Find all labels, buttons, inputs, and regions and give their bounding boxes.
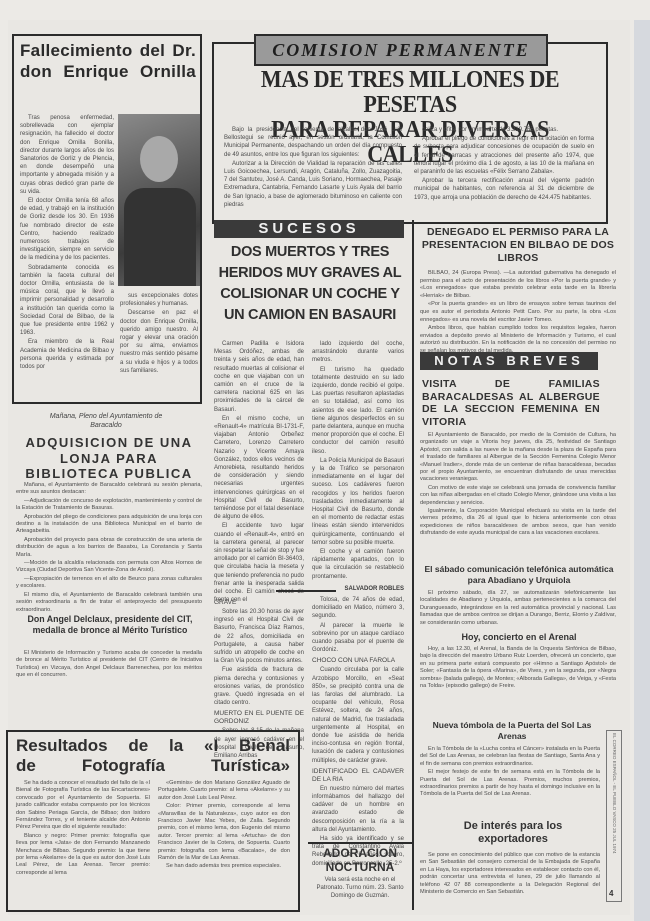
export-text: Se pone en conocimiento del público que … [420, 852, 600, 897]
comision-box: COMISION PERMANENTE MAS DE TRES MILLONES… [212, 42, 608, 224]
comision-col1: Bajo la presidencia del teniente de alca… [224, 126, 402, 210]
portrait-head [140, 136, 178, 182]
bienal-col1: Se ha dado a conocer el resultado del fa… [16, 780, 150, 878]
concierto-title: Hoy, concierto en el Arenal [422, 632, 616, 643]
sabado-title: El sábado comunicación telefónica automá… [422, 564, 616, 585]
obituary-box: Fallecimiento del Dr. don Enrique Ornill… [12, 34, 202, 404]
sucesos-title: DOS MUERTOS Y TRES HERIDOS MUY GRAVES AL… [214, 242, 406, 326]
adoracion-top-rule [308, 842, 412, 844]
portrait-suit [124, 188, 196, 286]
sucesos-divider [276, 590, 336, 592]
portrait-photo [118, 114, 200, 286]
denegado-text: BILBAO, 24 (Europa Press). —La autoridad… [420, 270, 616, 357]
byline: SALVADOR ROBLES [312, 585, 404, 593]
notas-band: NOTAS BREVES [420, 352, 598, 370]
sucesos-col1: Carmen Padilla e Isidora Mesas Ordóñez, … [214, 340, 304, 606]
column-rule-right [412, 220, 414, 910]
margin-imprint-box: EL CORREO ESPAÑOL - EL PUEBLO VASCO 25 J… [606, 730, 622, 902]
sucesos-col2: lado izquierdo del coche, arrastrándolo … [312, 340, 404, 593]
comision-band: COMISION PERMANENTE [254, 34, 548, 66]
scan-edge-strip [634, 20, 650, 921]
adoracion-box: ADORACION NOCTURNA Vela será esta noche … [310, 846, 410, 901]
export-title: De interés para los exportadores [438, 820, 588, 846]
bienal-box: Resultados de la «I Bienal de Fotografía… [6, 730, 300, 912]
sucesos-extra-col2: Tolosa, de 74 años de edad, domiciliado … [312, 596, 404, 869]
sucesos-band: SUCESOS [214, 220, 404, 238]
page-number: 4 [609, 889, 613, 898]
visita-title: VISITA DE FAMILIAS BARACALDESAS AL ALBER… [422, 378, 600, 428]
tombola-text: En la Tómbola de la «Lucha contra el Cán… [420, 746, 600, 800]
obituary-col2: sus excepcionales dotes profesionales y … [120, 292, 198, 376]
bienal-col2: «Geminis» de don Mariano González Aguado… [158, 780, 290, 872]
baracaldo-kicker: Mañana, Pleno del Ayuntamiento de Baraca… [36, 412, 176, 430]
delclaux-text: El Ministerio de Información y Turismo a… [16, 650, 202, 681]
visita-text: El Ayuntamiento de Baracaldo, por medio … [420, 432, 616, 539]
delclaux-title: Don Angel Delclaux, presidente del CIT, … [20, 614, 200, 635]
sabado-text: El próximo sábado, día 27, se automatiza… [420, 590, 616, 628]
baracaldo-title: ADQUISICION DE UNA LONJA PARA BIBLIOTECA… [20, 435, 198, 482]
tombola-title: Nueva tómbola de la Puerta del Sol Las A… [422, 720, 602, 741]
baracaldo-text: Mañana, el Ayuntamiento de Baracaldo cel… [16, 482, 202, 615]
comision-col2: caliza y ofita, por un importe de 3.219.… [414, 126, 594, 203]
bienal-title: Resultados de la «I Bienal de Fotografía… [16, 736, 290, 776]
newspaper-page: Fallecimiento del Dr. don Enrique Ornill… [8, 20, 630, 915]
denegado-title: DENEGADO EL PERMISO PARA LA PRESENTACION… [420, 226, 616, 265]
concierto-text: Hoy, a las 12.30, el Arenal, la Banda de… [420, 646, 616, 691]
obituary-col1: Tras penosa enfermedad, sobrellevada con… [20, 114, 114, 372]
obituary-title: Fallecimiento del Dr. don Enrique Ornill… [20, 40, 196, 82]
